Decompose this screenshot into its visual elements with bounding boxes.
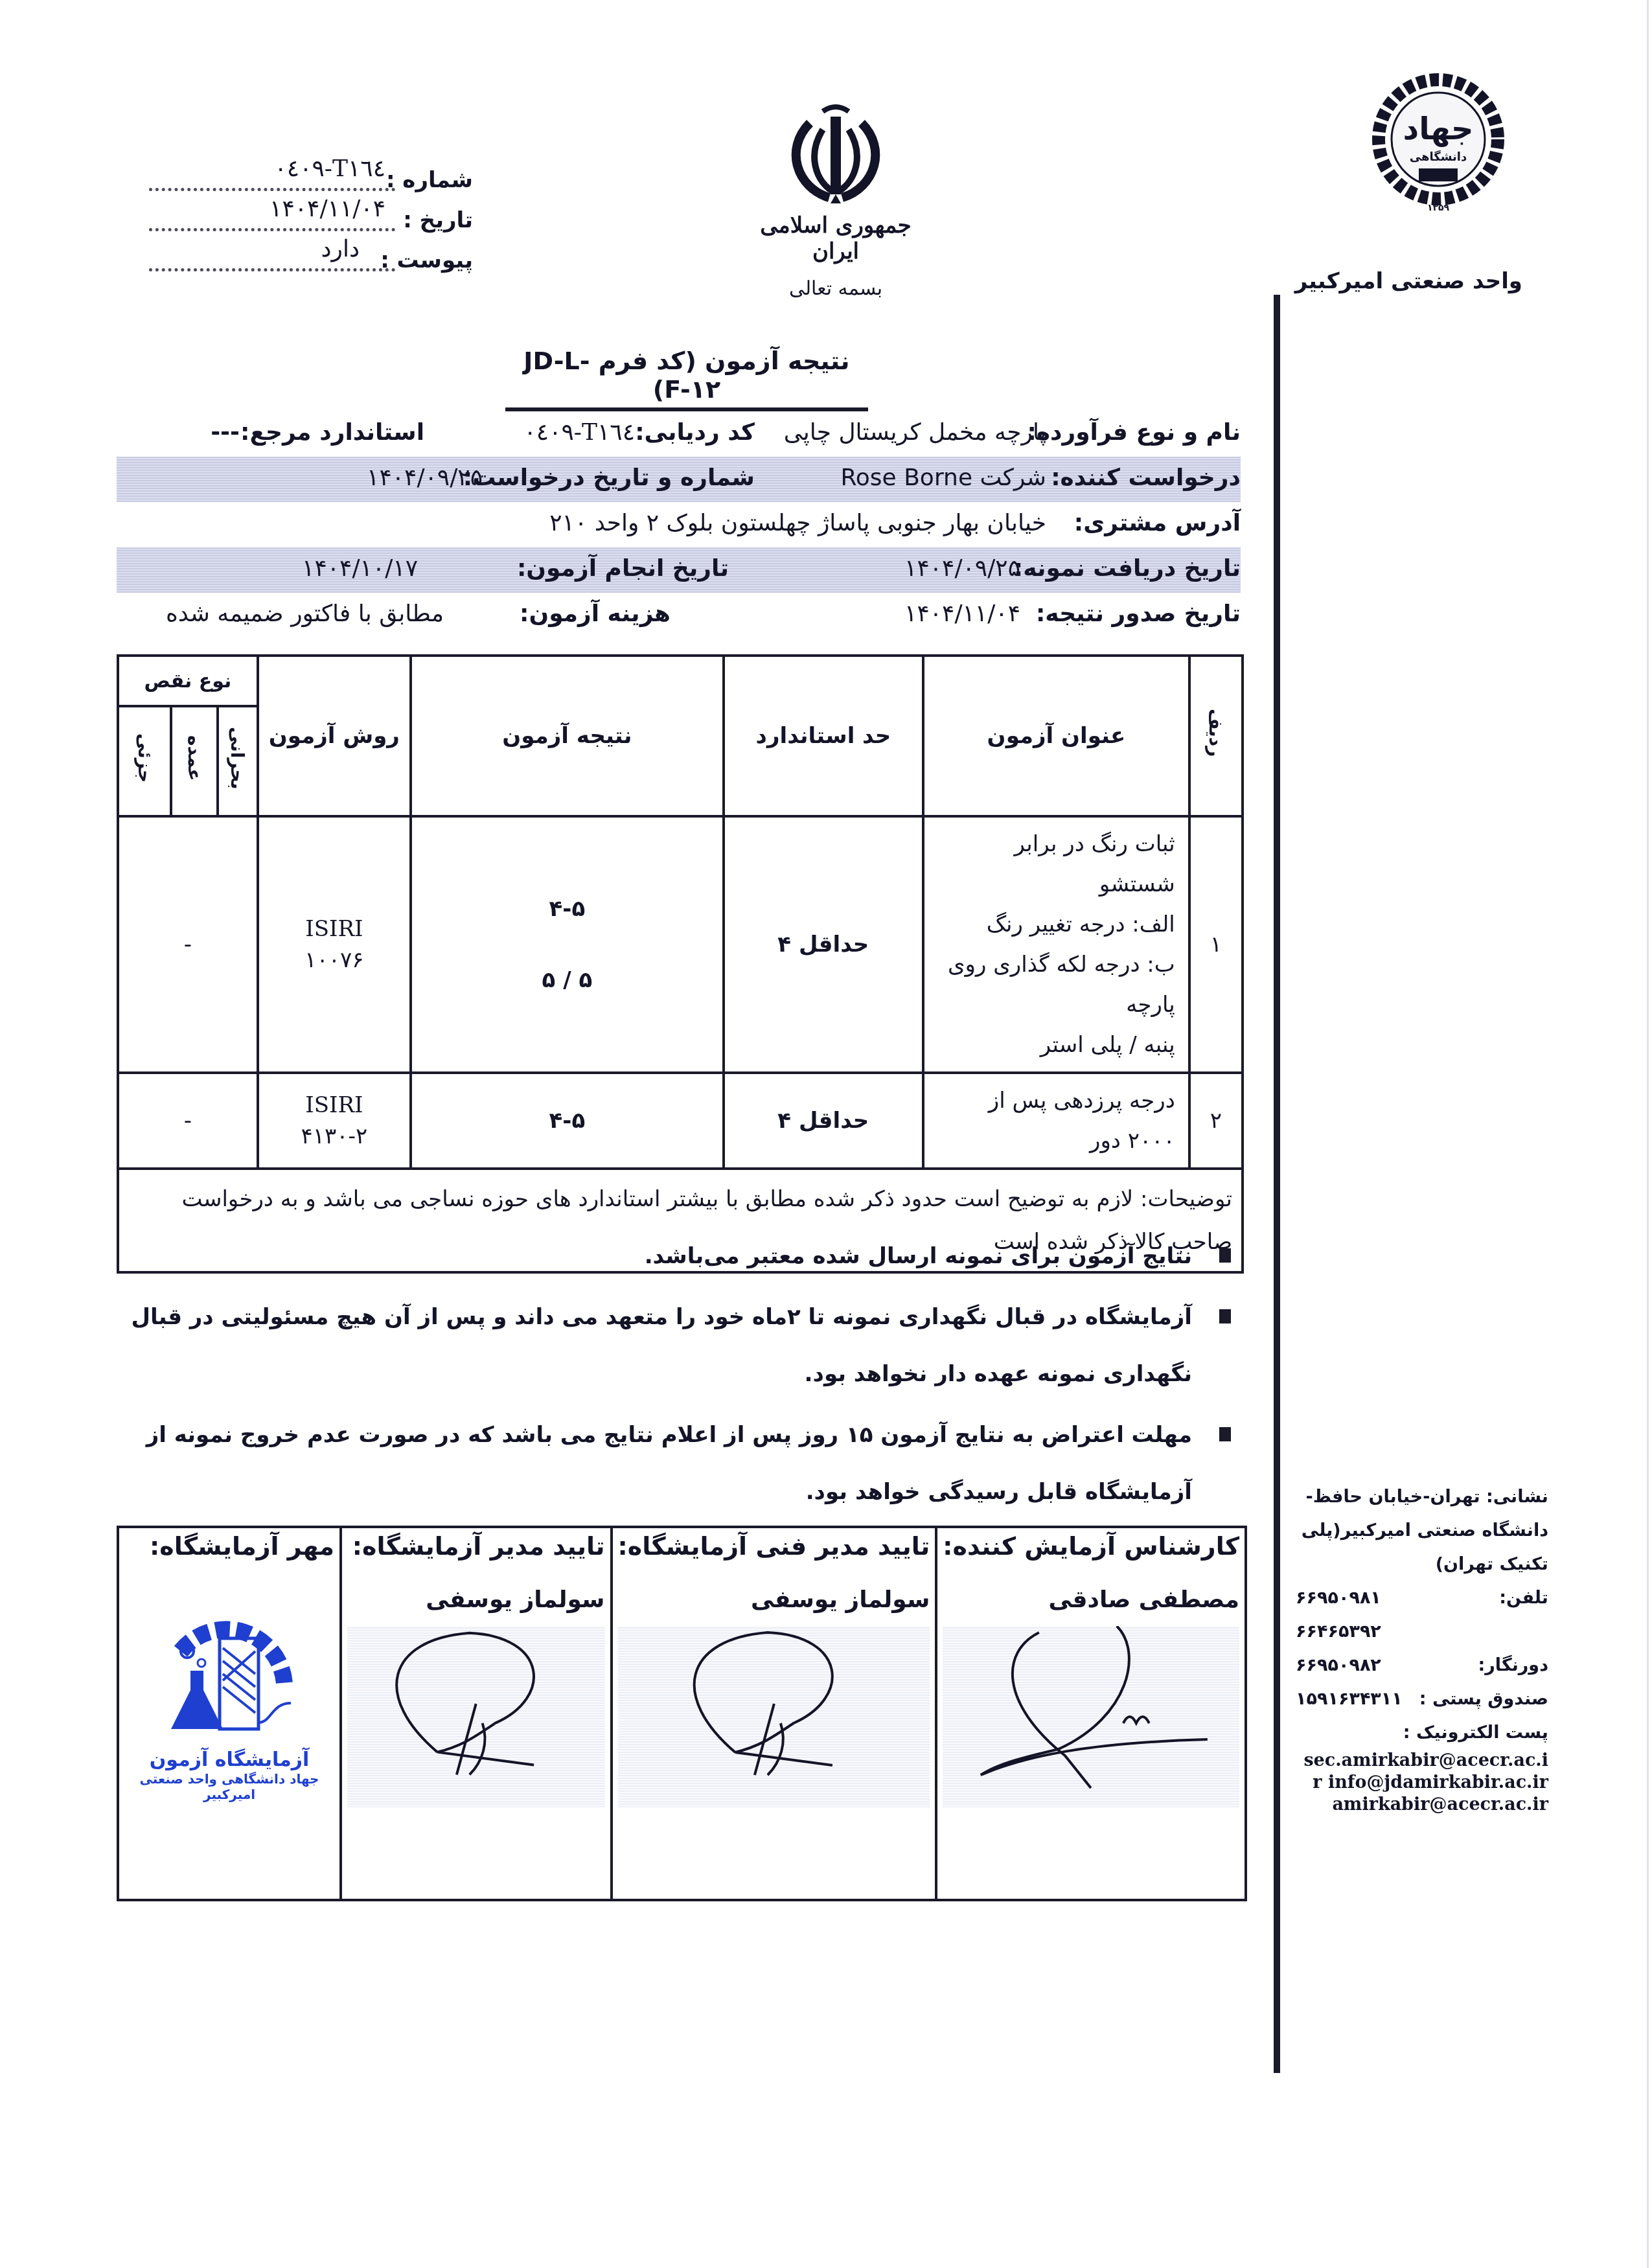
dotted-line (149, 228, 395, 231)
sample-received-date-value: ۱۴۰۴/۰۹/۲۵ (904, 555, 1020, 582)
test-method-cell: ISIRI ۱۰۰۷۶ (258, 816, 411, 1073)
reference-number-label: شماره : (386, 167, 473, 193)
method-number: ۴۱۳۰-۲ (259, 1121, 409, 1152)
handwritten-signature-icon (618, 1626, 930, 1807)
document-title: نتیجه آزمون (کد فرم JD-L-F-۱۲) (505, 347, 868, 411)
header-test-title: عنوان آزمون (923, 656, 1189, 816)
terms-item: نتایج آزمون برای نمونه ارسال شده معتبر م… (110, 1228, 1237, 1285)
test-cost-value: مطابق با فاکتور ضمیمه شده (166, 601, 444, 627)
jahad-gear-logo-icon: جهاد دانشگاهی ۱۳۵۹ (1367, 71, 1509, 214)
address-value: خیابان بهار جنوبی پاساژ چهلستون بلوک ۲ و… (549, 510, 1046, 536)
national-emblem: جمهوری اسلامی ایران بسمه تعالی (739, 97, 933, 300)
header-defect-minor: جزئی (118, 706, 171, 816)
header-defect-critical: بحرانی (218, 706, 258, 816)
test-method-cell: ISIRI ۴۱۳۰-۲ (258, 1073, 411, 1169)
phone-row: تلفن: ۶۶۹۵۰۹۸۱ (1296, 1581, 1548, 1615)
fax-row: دورنگار: ۶۶۹۵۰۹۸۲ (1296, 1649, 1548, 1682)
test-date-value: ۱۴۰۴/۱۰/۱۷ (302, 555, 418, 582)
signature-role: تایید مدیر آزمایشگاه: (347, 1532, 604, 1561)
test-title-line: درجه پرزدهی پس از ۲۰۰۰ دور (937, 1081, 1175, 1161)
email-line[interactable]: r info@jdamirkabir.ac.ir (1296, 1772, 1548, 1794)
results-table: ردیف عنوان آزمون حد استاندارد نتیجه آزمو… (117, 654, 1244, 1274)
dotted-line (149, 268, 395, 271)
product-value: پارچه مخمل کریستال چاپی (784, 419, 1046, 446)
issue-date-value: ۱۴۰۴/۱۱/۰۴ (904, 601, 1020, 627)
request-number-date-value: ۱۴۰۴/۰۹/۲۵ (367, 464, 483, 491)
handwritten-signature-icon (347, 1626, 604, 1807)
header-defect-major: عمده (171, 706, 218, 816)
test-title-line: ب: درجه لکه گذاری روی پارچه (937, 945, 1175, 1025)
reference-attachment-row: پیوست : دارد (149, 236, 473, 276)
table-row: ۱ ثبات رنگ در برابر شستشو الف: درجه تغیی… (118, 816, 1243, 1073)
test-title-cell: ثبات رنگ در برابر شستشو الف: درجه تغییر … (923, 816, 1189, 1073)
test-cost-label: هزینه آزمون: (520, 601, 671, 627)
requester-label: درخواست کننده: (1051, 464, 1241, 491)
reference-standard-label: استاندارد مرجع: (240, 419, 424, 446)
stamp-org-name: جهاد دانشگاهی واحد صنعتی امیرکبیر (124, 1771, 334, 1802)
dotted-line (149, 188, 395, 191)
phone-number: ۶۶۴۶۵۳۹۲ (1296, 1615, 1381, 1649)
contact-info: نشانی: تهران-خیابان حافظ- دانشگاه صنعتی … (1296, 1480, 1548, 1816)
test-title-line: الف: درجه تغییر رنگ (937, 904, 1175, 945)
organization-unit-name: واحد صنعتی امیرکبیر (1354, 268, 1522, 294)
address-line: نشانی: تهران-خیابان حافظ- (1296, 1480, 1548, 1514)
lab-stamp: آزمایشگاه آزمون جهاد دانشگاهی واحد صنعتی… (124, 1599, 334, 1802)
signature-cell-tester: کارشناس آزمایش کننده: مصطفی صادقی (936, 1527, 1246, 1900)
fax-label: دورنگار: (1478, 1649, 1548, 1682)
table-header-row: ردیف عنوان آزمون حد استاندارد نتیجه آزمو… (118, 656, 1243, 706)
result-color-change: ۴-۵ (412, 873, 722, 945)
result-staining: ۵ / ۵ (412, 945, 722, 1016)
reference-block: شماره : T۱٦٤-۰٤۰۹ تاریخ : ۱۴۰۴/۱۱/۰۴ پیو… (149, 155, 473, 276)
reference-standard-value: --- (211, 419, 240, 446)
phone-number: ۶۶۹۵۰۹۸۱ (1296, 1581, 1381, 1615)
reference-date-row: تاریخ : ۱۴۰۴/۱۱/۰۴ (149, 196, 473, 236)
signature-role: مهر آزمایشگاه: (124, 1532, 334, 1561)
method-standard: ISIRI (259, 913, 409, 945)
header-test-method: روش آزمون (258, 656, 411, 816)
scan-edge (1647, 0, 1649, 2268)
sample-received-date-label: تاریخ دریافت نمونه: (1014, 555, 1241, 582)
pobox-number: ۱۵۹۱۶۳۴۳۱۱ (1296, 1682, 1403, 1716)
requester-value: شرکت Rose Borne (840, 464, 1046, 491)
test-title-cell: درجه پرزدهی پس از ۲۰۰۰ دور (923, 1073, 1189, 1169)
handwritten-signature-icon (943, 1626, 1239, 1807)
phone-label: تلفن: (1499, 1581, 1548, 1615)
iran-emblem-icon (777, 97, 894, 207)
email-label: پست الکترونیک : (1296, 1716, 1548, 1750)
email-line[interactable]: sec.amirkabir@acecr.ac.i (1296, 1750, 1548, 1772)
lab-stamp-logo-icon (155, 1599, 304, 1742)
signature-cell-lab-manager: تایید مدیر آزمایشگاه: سولماز یوسفی (341, 1527, 611, 1900)
logo-year-text: ۱۳۵۹ (1427, 203, 1450, 213)
signature-name: سولماز یوسفی (347, 1586, 604, 1613)
tracking-code-value: T۱٦٤-۰٤۰۹ (523, 419, 635, 446)
vertical-divider (1274, 295, 1280, 2073)
info-row-product: نام و نوع فرآورده: پارچه مخمل کریستال چا… (117, 411, 1241, 457)
email-line[interactable]: amirkabir@acecr.ac.ir (1296, 1794, 1548, 1816)
row-number: ۲ (1189, 1073, 1243, 1169)
pobox-label: صندوق پستی : (1419, 1682, 1548, 1716)
terms-item: مهلت اعتراض به نتایج آزمون ۱۵ روز پس از … (110, 1406, 1237, 1520)
standard-limit-cell: حداقل ۴ (724, 1073, 923, 1169)
address-line: تکنیک تهران) (1296, 1548, 1548, 1581)
header-row-no: ردیف (1189, 656, 1243, 816)
info-row-issue: تاریخ صدور نتیجه: ۱۴۰۴/۱۱/۰۴ هزینه آزمون… (117, 593, 1241, 638)
table-row: ۲ درجه پرزدهی پس از ۲۰۰۰ دور حداقل ۴ ۴-۵… (118, 1073, 1243, 1169)
signature-role: کارشناس آزمایش کننده: (943, 1532, 1239, 1561)
signature-cell-technical-manager: تایید مدیر فنی آزمایشگاه: سولماز یوسفی (612, 1527, 937, 1900)
organization-logo: جهاد دانشگاهی ۱۳۵۹ واحد صنعتی امیرکبیر (1354, 71, 1522, 294)
address-line: دانشگاه صنعتی امیرکبیر(پلی (1296, 1514, 1548, 1548)
request-number-date-label: شماره و تاریخ درخواست: (463, 464, 755, 491)
signature-image (618, 1626, 930, 1807)
address-label: آدرس مشتری: (1074, 510, 1241, 536)
reference-date-label: تاریخ : (403, 207, 473, 233)
header-standard-limit: حد استاندارد (724, 656, 923, 816)
test-date-label: تاریخ انجام آزمون: (517, 555, 729, 582)
stamp-lab-name: آزمایشگاه آزمون (124, 1748, 334, 1771)
terms-item: آزمایشگاه در قبال نگهداری نمونه تا ۲ماه … (110, 1289, 1237, 1403)
signature-image (347, 1626, 604, 1807)
method-standard: ISIRI (259, 1090, 409, 1121)
signatures-table: کارشناس آزمایش کننده: مصطفی صادقی تایید … (117, 1526, 1247, 1901)
issue-date-label: تاریخ صدور نتیجه: (1036, 601, 1241, 627)
defect-cell: - (118, 1073, 258, 1169)
pobox-row: صندوق پستی : ۱۵۹۱۶۳۴۳۱۱ (1296, 1682, 1548, 1716)
signatures-row: کارشناس آزمایش کننده: مصطفی صادقی تایید … (118, 1527, 1246, 1900)
tracking-code-label: کد ردیابی: (635, 419, 755, 446)
terms-list: نتایج آزمون برای نمونه ارسال شده معتبر م… (110, 1228, 1237, 1524)
logo-main-text: جهاد (1403, 111, 1474, 147)
header-defect-type: نوع نقص (118, 656, 258, 706)
header-test-result: نتیجه آزمون (411, 656, 724, 816)
emblem-subtitle: بسمه تعالی (739, 277, 933, 300)
logo-sub-text: دانشگاهی (1410, 150, 1467, 164)
test-result-cell: ۴-۵ (411, 1073, 724, 1169)
test-title-line: پنبه / پلی استر (937, 1025, 1175, 1065)
reference-number-row: شماره : T۱٦٤-۰٤۰۹ (149, 155, 473, 196)
product-label: نام و نوع فرآورده: (1027, 419, 1241, 446)
signature-name: سولماز یوسفی (618, 1586, 930, 1613)
info-row-requester: درخواست کننده: شرکت Rose Borne شماره و ت… (117, 457, 1241, 502)
signature-cell-lab-stamp: مهر آزمایشگاه: آزمایشگاه آزمون جهاد دانش… (118, 1527, 341, 1900)
info-row-dates: تاریخ دریافت نمونه: ۱۴۰۴/۰۹/۲۵ تاریخ انج… (117, 547, 1241, 593)
reference-number-value: T۱٦٤-۰٤۰۹ (274, 155, 385, 182)
signature-name: مصطفی صادقی (943, 1586, 1239, 1613)
emblem-country-text: جمهوری اسلامی ایران (739, 212, 933, 264)
signature-image (943, 1626, 1239, 1807)
reference-attachment-value: دارد (321, 236, 360, 262)
method-number: ۱۰۰۷۶ (259, 945, 409, 976)
fax-number: ۶۶۹۵۰۹۸۲ (1296, 1649, 1381, 1682)
signature-role: تایید مدیر فنی آزمایشگاه: (618, 1532, 930, 1561)
phone-row: ۶۶۴۶۵۳۹۲ (1296, 1615, 1548, 1649)
reference-date-value: ۱۴۰۴/۱۱/۰۴ (270, 196, 385, 222)
info-row-address: آدرس مشتری: خیابان بهار جنوبی پاساژ چهلس… (117, 502, 1241, 547)
test-title-line: ثبات رنگ در برابر شستشو (937, 824, 1175, 904)
test-result-cell: ۴-۵ ۵ / ۵ (411, 816, 724, 1073)
row-number: ۱ (1189, 816, 1243, 1073)
defect-cell: - (118, 816, 258, 1073)
standard-limit-cell: حداقل ۴ (724, 816, 923, 1073)
